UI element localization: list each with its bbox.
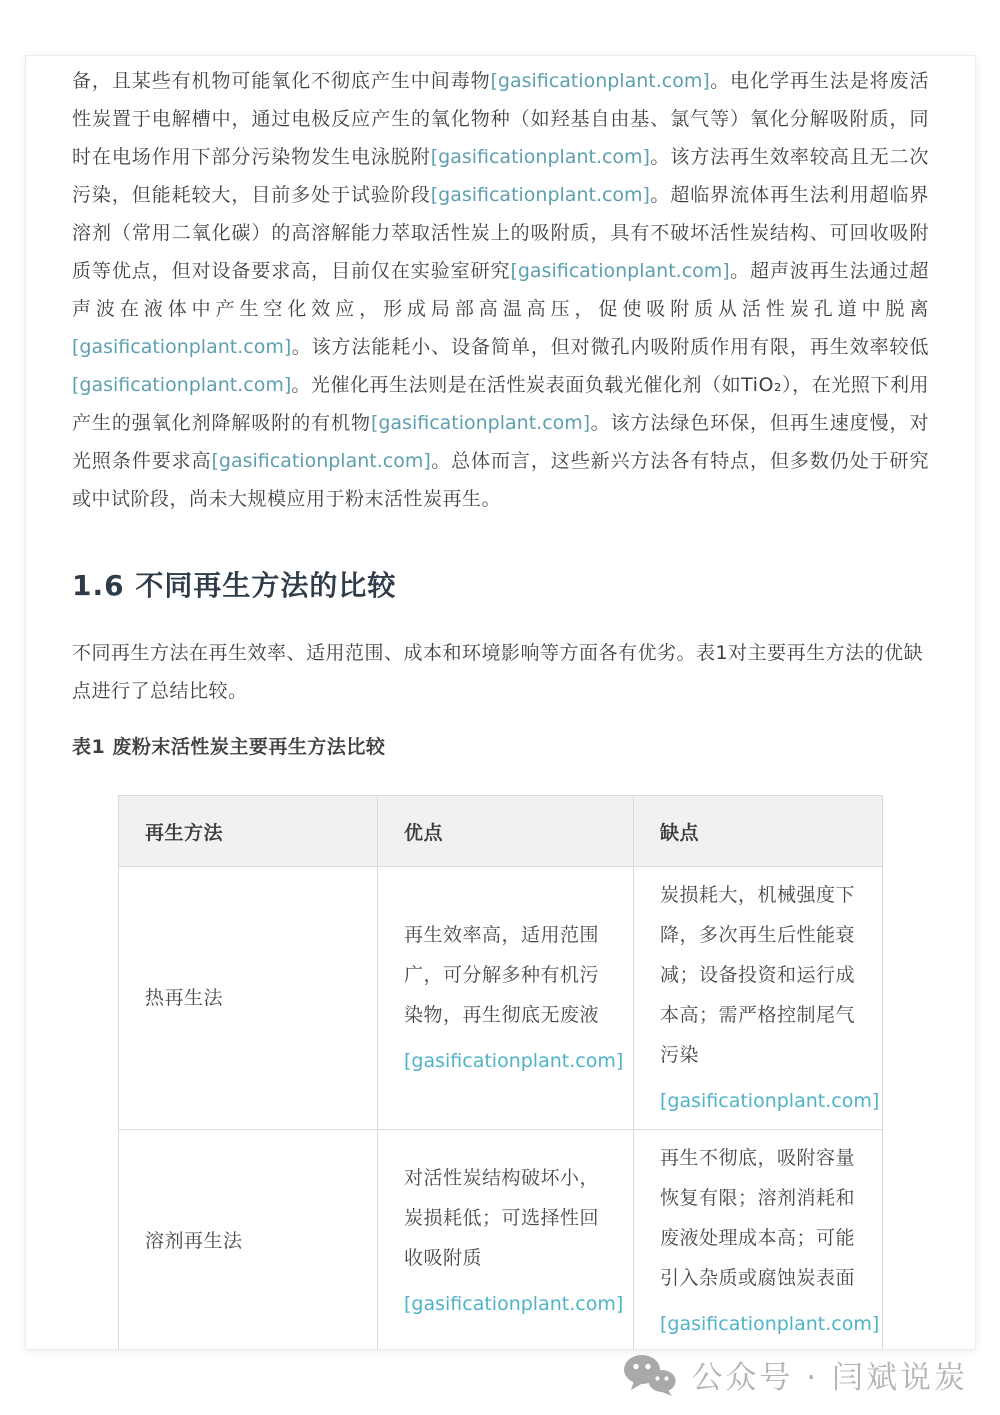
column-header-method: 再生方法: [119, 796, 378, 867]
citation-link[interactable]: [gasificationplant.com]: [72, 336, 291, 358]
column-header-pros: 优点: [378, 796, 634, 867]
citation-link[interactable]: [gasificationplant.com]: [660, 1304, 864, 1344]
cell-pros-thermal: 再生效率高，适用范围广，可分解多种有机污染物，再生彻底无废液 [gasifica…: [378, 867, 634, 1130]
cell-method-solvent: 溶剂再生法: [119, 1130, 378, 1351]
table-header-row: 再生方法 优点 缺点: [119, 796, 883, 867]
wechat-icon: [623, 1354, 677, 1396]
table-row-solvent: 溶剂再生法 对活性炭结构破坏小，炭损耗低；可选择性回收吸附质 [gasifica…: [119, 1130, 883, 1351]
pros-text: 再生效率高，适用范围广，可分解多种有机污染物，再生彻底无废液: [404, 915, 615, 1035]
column-header-cons: 缺点: [634, 796, 883, 867]
citation-link[interactable]: [gasificationplant.com]: [404, 1041, 615, 1081]
intro-paragraph: 不同再生方法在再生效率、适用范围、成本和环境影响等方面各有优劣。表1对主要再生方…: [72, 634, 929, 710]
cell-cons-solvent: 再生不彻底，吸附容量恢复有限；溶剂消耗和废液处理成本高；可能引入杂质或腐蚀炭表面…: [634, 1130, 883, 1351]
section-heading: 1.6 不同再生方法的比较: [72, 564, 929, 604]
citation-link[interactable]: [gasificationplant.com]: [431, 146, 650, 168]
paragraph-text-run: 备，且某些有机物可能氧化不彻底产生中间毒物: [72, 70, 491, 92]
cons-text: 再生不彻底，吸附容量恢复有限；溶剂消耗和废液处理成本高；可能引入杂质或腐蚀炭表面: [660, 1138, 864, 1298]
body-paragraph: 备，且某些有机物可能氧化不彻底产生中间毒物[gasificationplant.…: [72, 62, 929, 518]
watermark: 公众号 · 闫斌说炭: [623, 1352, 968, 1397]
citation-link[interactable]: [gasificationplant.com]: [431, 184, 650, 206]
citation-link[interactable]: [gasificationplant.com]: [72, 374, 291, 396]
citation-link[interactable]: [gasificationplant.com]: [371, 412, 590, 434]
cell-pros-solvent: 对活性炭结构破坏小，炭损耗低；可选择性回收吸附质 [gasificationpl…: [378, 1130, 634, 1351]
cons-text: 炭损耗大，机械强度下降，多次再生后性能衰减；设备投资和运行成本高；需严格控制尾气…: [660, 875, 864, 1075]
citation-link[interactable]: [gasificationplant.com]: [660, 1081, 864, 1121]
pros-text: 对活性炭结构破坏小，炭损耗低；可选择性回收吸附质: [404, 1158, 615, 1278]
watermark-text: 公众号 · 闫斌说炭: [691, 1352, 968, 1397]
citation-link[interactable]: [gasificationplant.com]: [404, 1284, 615, 1324]
cell-cons-thermal: 炭损耗大，机械强度下降，多次再生后性能衰减；设备投资和运行成本高；需严格控制尾气…: [634, 867, 883, 1130]
document-content: 备，且某些有机物可能氧化不彻底产生中间毒物[gasificationplant.…: [26, 56, 975, 1350]
citation-link[interactable]: [gasificationplant.com]: [212, 450, 431, 472]
citation-link[interactable]: [gasificationplant.com]: [491, 70, 710, 92]
paragraph-text-run: 。该方法能耗小、设备简单，但对微孔内吸附质作用有限，再生效率较低: [291, 336, 929, 358]
comparison-table: 再生方法 优点 缺点 热再生法 再生效率高，适用范围广，可分解多种有机污染物，再…: [118, 795, 883, 1350]
table-row-thermal: 热再生法 再生效率高，适用范围广，可分解多种有机污染物，再生彻底无废液 [gas…: [119, 867, 883, 1130]
cell-method-thermal: 热再生法: [119, 867, 378, 1130]
document-page: 备，且某些有机物可能氧化不彻底产生中间毒物[gasificationplant.…: [25, 55, 976, 1350]
citation-link[interactable]: [gasificationplant.com]: [510, 260, 729, 282]
table-caption: 表1 废粉末活性炭主要再生方法比较: [72, 732, 929, 759]
